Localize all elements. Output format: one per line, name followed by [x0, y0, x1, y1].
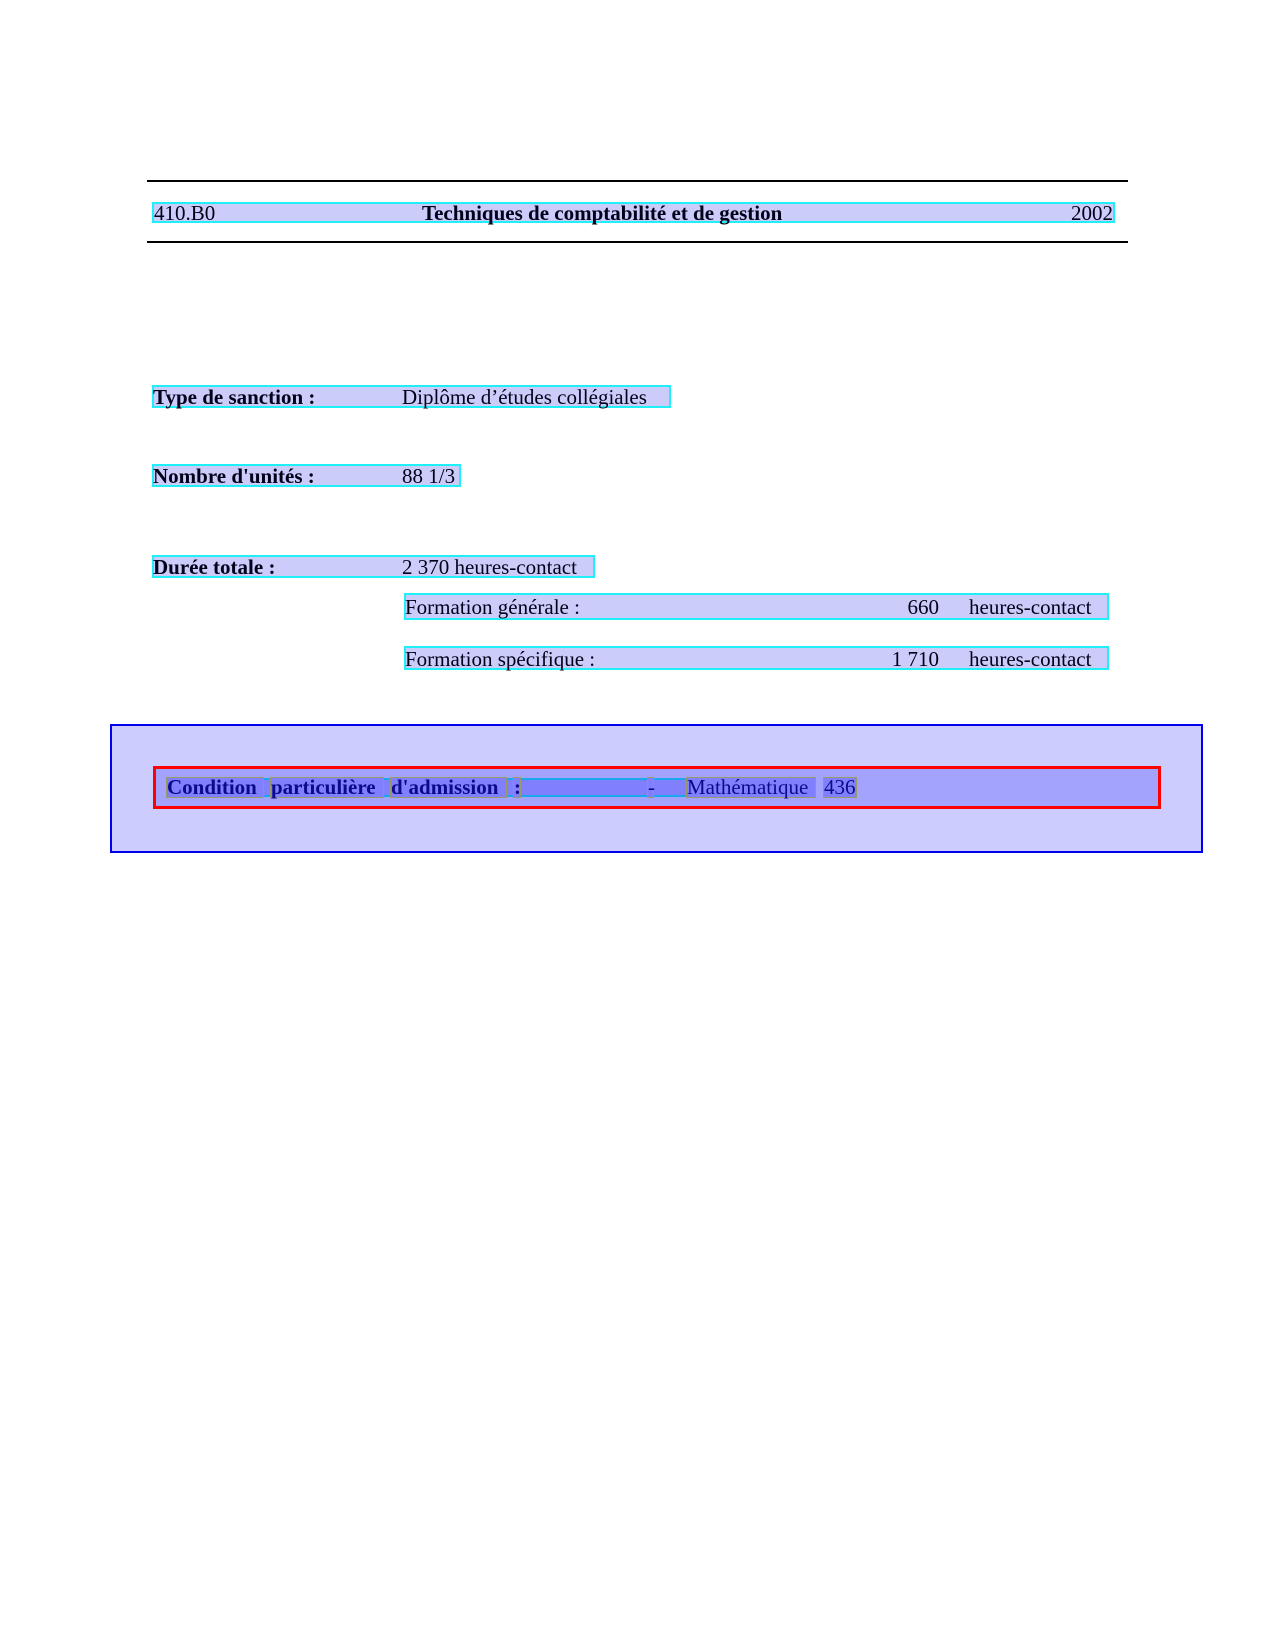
header-top-rule — [147, 180, 1128, 182]
admission-word-condition: Condition — [167, 777, 257, 798]
program-code: 410.B0 — [154, 203, 215, 223]
general-training-hours: 660 — [903, 597, 939, 617]
duration-value: 2 370 heures-contact — [402, 557, 577, 577]
admission-word-particuliere: particulière — [271, 777, 376, 798]
program-title: Techniques de comptabilité et de gestion — [422, 203, 782, 223]
admission-dash: - — [648, 777, 655, 798]
tab-gap — [654, 778, 686, 797]
specific-training-label: Formation spécifique : — [405, 649, 595, 669]
specific-training-unit: heures-contact — [969, 649, 1091, 669]
units-label: Nombre d'unités : — [153, 466, 315, 486]
program-year: 2002 — [1071, 203, 1113, 223]
admission-course-number: 436 — [824, 777, 856, 798]
general-training-unit: heures-contact — [969, 597, 1091, 617]
tab-gap — [521, 778, 647, 797]
specific-training-hours: 1 710 — [880, 649, 939, 669]
header-bottom-rule — [147, 241, 1128, 243]
admission-word-admission: d'admission — [391, 777, 498, 798]
sanction-value: Diplôme d’études collégiales — [402, 387, 647, 407]
units-value: 88 1/3 — [402, 466, 455, 486]
admission-word-colon: : — [514, 777, 521, 798]
duration-label: Durée totale : — [153, 557, 275, 577]
admission-subject: Mathématique — [687, 777, 808, 798]
general-training-label: Formation générale : — [405, 597, 580, 617]
sanction-label: Type de sanction : — [153, 387, 315, 407]
